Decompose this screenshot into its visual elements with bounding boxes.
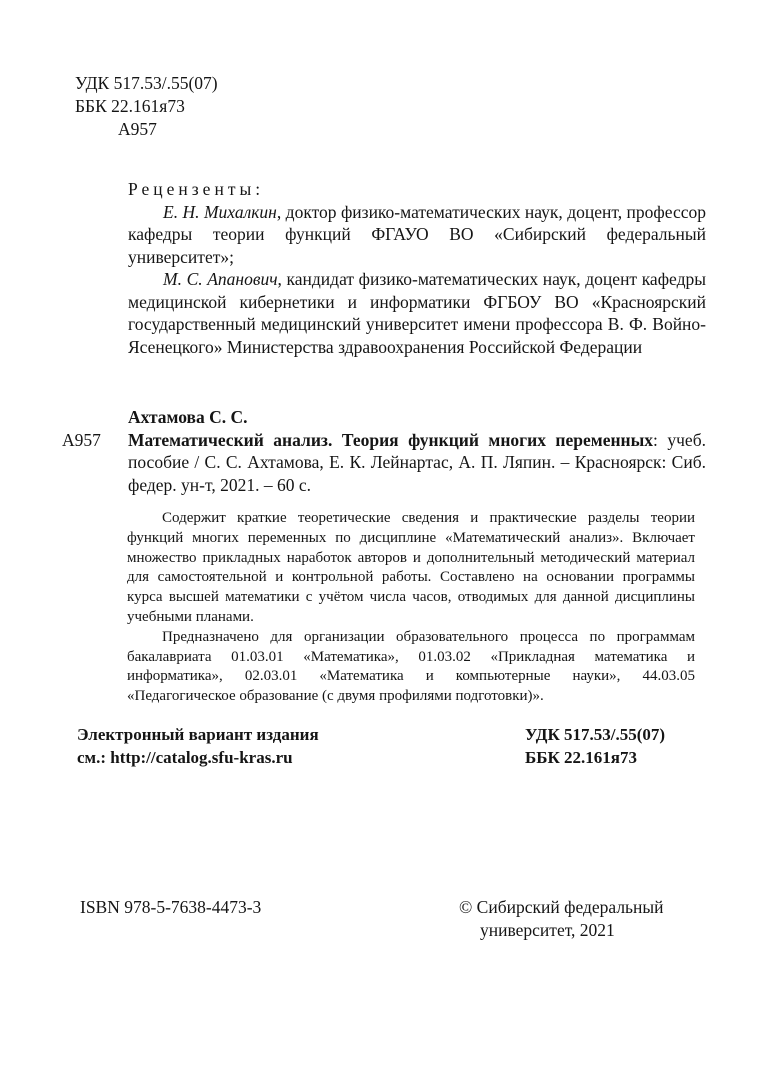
reviewer-item: Е. Н. Михалкин, доктор физико-математиче… [128, 201, 706, 269]
electronic-edition-note: Электронный вариант издания см.: http://… [77, 724, 319, 769]
electronic-edition-url: см.: http://catalog.sfu-kras.ru [77, 747, 319, 770]
catalog-entry-code: А957 [62, 429, 128, 452]
annotation-paragraph: Содержит краткие теоретические сведения … [127, 509, 695, 628]
author-sign-code: А957 [75, 118, 218, 141]
reviewer-name: Е. Н. Михалкин [163, 202, 277, 222]
bbk-code: ББК 22.161я73 [75, 95, 218, 118]
catalog-entry-description: Математический анализ. Теория функций мн… [128, 429, 706, 497]
electronic-edition-line1: Электронный вариант издания [77, 724, 319, 747]
udk-code: УДК 517.53/.55(07) [75, 72, 218, 95]
imprint-page: УДК 517.53/.55(07) ББК 22.161я73 А957 Ре… [0, 0, 764, 1080]
copyright-notice: © Сибирский федеральный университет, 202… [459, 896, 664, 941]
isbn: ISBN 978-5-7638-4473-3 [80, 896, 261, 919]
reviewer-name: М. С. Апанович [163, 269, 278, 289]
catalog-entry-row: А957 Математический анализ. Теория функц… [62, 429, 706, 497]
annotation-block: Содержит краткие теоретические сведения … [127, 509, 695, 707]
copyright-line2: университет, 2021 [480, 919, 664, 942]
bbk-code-bottom: ББК 22.161я73 [525, 747, 665, 770]
book-title: Математический анализ. Теория функций мн… [128, 430, 653, 450]
bottom-classification-codes: УДК 517.53/.55(07) ББК 22.161я73 [525, 724, 665, 769]
reviewers-heading: Рецензенты: [128, 178, 706, 201]
reviewers-block: Рецензенты: Е. Н. Михалкин, доктор физик… [128, 178, 706, 358]
udk-code-bottom: УДК 517.53/.55(07) [525, 724, 665, 747]
annotation-paragraph: Предназначено для организации образовате… [127, 628, 695, 707]
reviewer-item: М. С. Апанович, кандидат физико-математи… [128, 268, 706, 358]
catalog-entry-author: Ахтамова С. С. [128, 406, 706, 429]
catalog-entry: Ахтамова С. С. А957 Математический анали… [62, 406, 706, 496]
top-classification-codes: УДК 517.53/.55(07) ББК 22.161я73 А957 [75, 72, 218, 141]
copyright-line1: © Сибирский федеральный [459, 896, 664, 919]
